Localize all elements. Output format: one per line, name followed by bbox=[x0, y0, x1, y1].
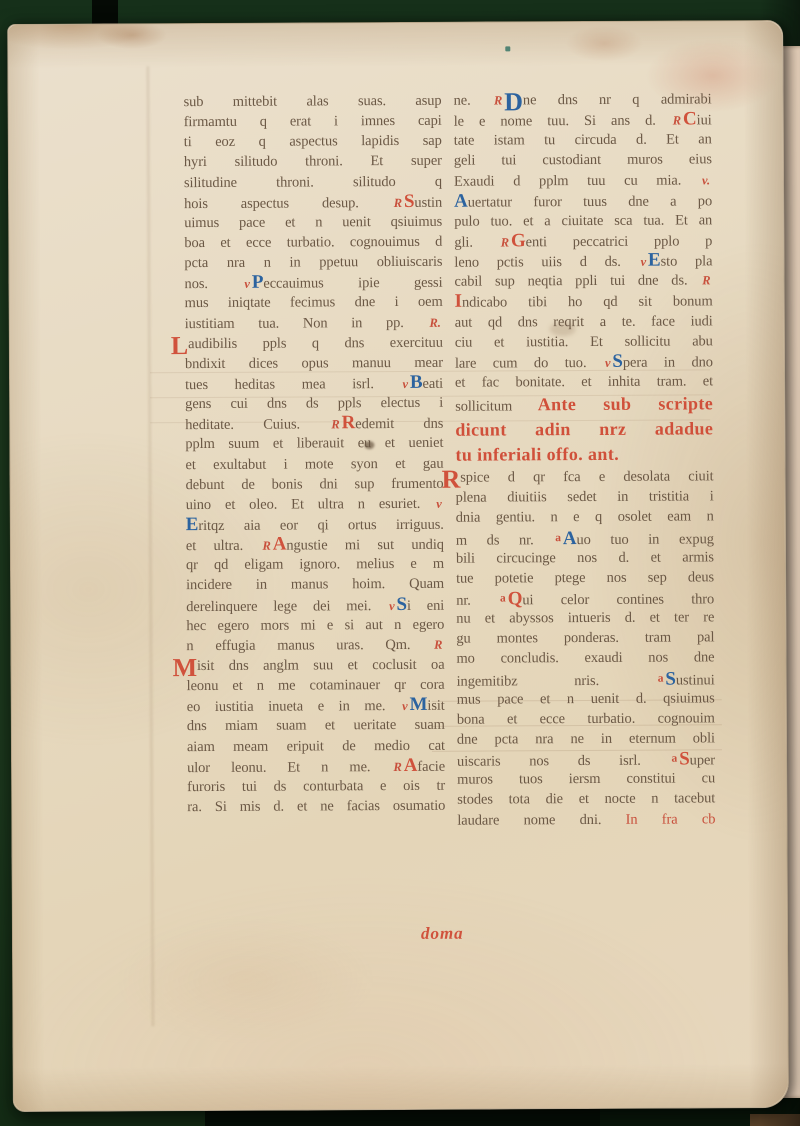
illuminated-initial: E bbox=[186, 514, 199, 535]
text-segment: tate istam tu circuda d. Et an bbox=[454, 132, 712, 149]
text-segment: uper bbox=[690, 752, 715, 768]
responsory-mark: v bbox=[387, 599, 397, 613]
text-segment: aut qd dns reqrit a te. face iudi bbox=[455, 313, 713, 330]
text-segment: et ultra. bbox=[186, 538, 261, 554]
text-line: aut qd dns reqrit a te. face iudi bbox=[455, 311, 713, 332]
text-line: tu inferiali offo. ant. bbox=[455, 441, 713, 467]
text-segment: leonu et n me cotaminauer qr cora bbox=[187, 677, 445, 694]
text-line: ra. Si mis d. et ne facias osumatio bbox=[187, 796, 445, 817]
text-line: le e nome tuu. Si ans d. RCiui bbox=[454, 109, 712, 130]
rubric-text: tu inferiali offo. ant. bbox=[455, 444, 619, 465]
text-segment: plena diuitiis sedet in tristitia i bbox=[456, 489, 714, 506]
text-segment: edemit dns bbox=[355, 416, 443, 432]
text-segment: hyri silitudo throni. Et super bbox=[184, 153, 442, 170]
text-segment: ulor leonu. Et n me. bbox=[187, 759, 392, 776]
text-segment: ne. bbox=[454, 93, 492, 109]
text-line: leno pctis uiis d ds. vEsto pla bbox=[454, 250, 712, 271]
text-line: mo concludis. exaudi nos dne bbox=[456, 648, 714, 669]
text-line: ingemitibz nris. aSustinui bbox=[457, 668, 715, 689]
text-segment: spice d qr fca e desolata ciuit bbox=[460, 468, 713, 485]
text-segment: isit bbox=[427, 698, 444, 714]
text-segment: In fra cb bbox=[626, 811, 716, 827]
responsory-mark: R bbox=[700, 274, 712, 288]
text-line: mus iniqtate fecimus dne i oem bbox=[185, 292, 443, 313]
text-line: mus pace et n uenit d. qsiuimus bbox=[457, 688, 715, 709]
text-segment: mus iniqtate fecimus dne i oem bbox=[185, 294, 443, 311]
text-segment: enti peccatrici pplo p bbox=[526, 233, 713, 250]
illuminated-initial: E bbox=[648, 250, 661, 271]
text-segment: le e nome tuu. Si ans d. bbox=[454, 113, 671, 130]
text-line: Misit dns anglm suu et coclusit oa bbox=[186, 655, 444, 676]
text-line: sollicitum Ante sub scripte bbox=[455, 391, 713, 417]
illuminated-initial: Q bbox=[508, 588, 523, 609]
text-line: pplm suum et liberauit eu et ueniet bbox=[185, 433, 443, 454]
text-line: dnia gentiu. n e q osolet eam n bbox=[456, 507, 714, 528]
text-segment: n effugia manus uras. Qm. bbox=[186, 637, 432, 654]
text-segment: Exaudi d pplm tuu cu mia. bbox=[454, 172, 700, 189]
text-segment: incidere in manus hoim. Quam bbox=[186, 576, 444, 593]
text-segment: firmamtu q erat i imnes capi bbox=[184, 113, 442, 130]
illuminated-initial: M bbox=[409, 694, 427, 715]
text-line: gens cui dns ds ppls electus i bbox=[185, 393, 443, 414]
text-segment: facie bbox=[417, 758, 445, 774]
text-line: gli. RGenti peccatrici pplo p bbox=[454, 230, 712, 251]
text-line: dne pcta nra ne in eternum obli bbox=[457, 728, 715, 749]
text-segment: ngustie mi sut undiq bbox=[286, 537, 444, 554]
text-line: Exaudi d pplm tuu cu mia. v. bbox=[454, 170, 712, 191]
text-line: tues heditas mea isrl. vBeati bbox=[185, 373, 443, 394]
responsory-mark: R bbox=[492, 93, 504, 107]
text-segment: ndicabo tibi ho qd sit bonum bbox=[462, 294, 713, 311]
text-segment: ritqz aia eor qi ortus irriguus. bbox=[198, 517, 444, 534]
text-line: debunt de bonis dni sup frumento bbox=[186, 473, 444, 494]
text-line: furoris tui ds conturbata e ois tr bbox=[187, 776, 445, 797]
text-segment: ciu et iustitia. Et sollicitu abu bbox=[455, 333, 713, 350]
text-segment: eati bbox=[422, 376, 443, 392]
text-segment: sollicitum bbox=[455, 398, 538, 414]
parchment-crease bbox=[146, 66, 154, 1026]
text-segment: derelinquere lege dei mei. bbox=[186, 598, 387, 615]
text-line: iustitiam tua. Non in pp. R. bbox=[185, 312, 443, 333]
text-line: Auertatur furor tuus dne a po bbox=[454, 190, 712, 211]
text-line: leonu et n me cotaminauer qr cora bbox=[187, 675, 445, 696]
responsory-mark: R bbox=[671, 114, 683, 128]
text-line: ciu et iustitia. Et sollicitu abu bbox=[455, 331, 713, 352]
text-segment: gli. bbox=[454, 234, 498, 250]
responsory-mark: R bbox=[391, 760, 403, 774]
text-line: firmamtu q erat i imnes capi bbox=[184, 111, 442, 132]
illuminated-initial: C bbox=[683, 109, 697, 130]
text-line: uiscaris nos ds isrl. aSuper bbox=[457, 748, 715, 769]
text-segment: ui celor contines thro bbox=[522, 591, 714, 608]
text-segment: geli tui custodiant muros eius bbox=[454, 152, 712, 169]
text-segment: m ds nr. bbox=[456, 532, 553, 549]
text-segment: hec egero mors mi e si aut n egero bbox=[186, 616, 444, 633]
responsory-mark: v bbox=[434, 497, 444, 511]
text-line: et ultra. RAngustie mi sut undiq bbox=[186, 534, 444, 555]
text-column-right: ne. RDne dns nr q admirabile e nome tuu.… bbox=[454, 89, 716, 830]
illuminated-initial: A bbox=[404, 755, 418, 776]
text-line: et fac bonitate. et inhita tram. et bbox=[455, 371, 713, 392]
text-segment: pera in dno bbox=[623, 354, 713, 370]
text-segment: ra. Si mis d. et ne facias osumatio bbox=[187, 798, 445, 815]
text-segment: ustin bbox=[414, 194, 442, 210]
responsory-mark: R bbox=[432, 638, 444, 652]
text-segment: tue potetie ptege nos sep deus bbox=[456, 569, 714, 586]
responsory-mark: v bbox=[400, 699, 410, 713]
text-segment: heditate. Cuius. bbox=[185, 417, 329, 434]
text-line: muros tuos iersm constitui cu bbox=[457, 769, 715, 790]
text-line: dicunt adin nrz adadue bbox=[455, 416, 713, 442]
text-line: pulo tuo. et a ciuitate sca tua. Et an bbox=[454, 210, 712, 231]
text-line: bili circucinge nos d. et armis bbox=[456, 547, 714, 568]
text-segment: et exultabut i mote syon et gau bbox=[185, 455, 443, 472]
text-line: qr qd eligam ignoro. melius e m bbox=[186, 554, 444, 575]
text-segment: cabil sup neqtia ppli tui dne ds. bbox=[454, 273, 700, 290]
illuminated-initial: A bbox=[454, 190, 468, 211]
text-line: hec egero mors mi e si aut n egero bbox=[186, 614, 444, 635]
text-line: Rspice d qr fca e desolata ciuit bbox=[455, 466, 713, 487]
manuscript-photo: { "artifact": "medieval manuscript folio… bbox=[0, 0, 800, 1126]
responsory-mark: v bbox=[242, 277, 252, 291]
text-line: Indicabo tibi ho qd sit bonum bbox=[455, 291, 713, 312]
text-segment: iustitiam tua. Non in pp. bbox=[185, 314, 428, 331]
text-line: Laudibilis ppls q dns exercituu bbox=[185, 332, 443, 353]
text-line: stodes tota die et nocte n tacebut bbox=[457, 789, 715, 810]
responsory-mark: R. bbox=[427, 315, 442, 329]
responsory-mark: v. bbox=[700, 173, 712, 187]
text-segment: gu montes ponderas. tram pal bbox=[456, 630, 714, 647]
illuminated-initial: P bbox=[252, 272, 264, 293]
responsory-mark: v bbox=[400, 377, 410, 391]
text-segment: nr. bbox=[456, 592, 498, 608]
illuminated-initial: S bbox=[404, 191, 415, 212]
text-segment: dns miam suam et ueritate suam bbox=[187, 717, 445, 734]
text-segment: silitudine throni. silitudo q bbox=[184, 173, 442, 190]
text-segment: hois aspectus desup. bbox=[184, 195, 392, 212]
catchword: doma bbox=[421, 924, 464, 944]
text-segment: dne pcta nra ne in eternum obli bbox=[457, 730, 715, 747]
illuminated-initial: R bbox=[442, 475, 461, 485]
text-segment: stodes tota die et nocte n tacebut bbox=[457, 791, 715, 808]
antiphon-mark: a bbox=[669, 753, 679, 765]
text-line: ti eoz q aspectus lapidis sap bbox=[184, 131, 442, 152]
illuminated-initial: M bbox=[173, 663, 198, 673]
illuminated-initial: A bbox=[273, 534, 287, 555]
illuminated-initial: B bbox=[410, 372, 423, 393]
text-segment: uertatur furor tuus dne a po bbox=[468, 193, 712, 210]
text-line: bona et ecce turbatio. cognouim bbox=[457, 708, 715, 729]
text-line: n effugia manus uras. Qm. R bbox=[186, 635, 444, 656]
text-segment: sub mittebit alas suas. asup bbox=[184, 93, 442, 110]
text-segment: aiam meam eripuit de medio cat bbox=[187, 737, 445, 754]
text-line: ulor leonu. Et n me. RAfacie bbox=[187, 755, 445, 776]
text-segment: iui bbox=[697, 112, 712, 128]
illuminated-initial: S bbox=[665, 668, 676, 689]
text-line: incidere in manus hoim. Quam bbox=[186, 574, 444, 595]
text-line: pcta nra n in ppetuu obliuiscaris bbox=[184, 252, 442, 273]
text-line: dns miam suam et ueritate suam bbox=[187, 715, 445, 736]
text-segment: ingemitibz nris. bbox=[457, 672, 656, 689]
illuminated-initial: G bbox=[511, 230, 526, 251]
text-segment: sto pla bbox=[661, 253, 713, 269]
text-segment: uo tuo in expug bbox=[576, 531, 713, 548]
text-line: sub mittebit alas suas. asup bbox=[184, 91, 442, 112]
text-segment: debunt de bonis dni sup frumento bbox=[186, 475, 444, 492]
text-segment: gens cui dns ds ppls electus i bbox=[185, 395, 443, 412]
text-segment: dnia gentiu. n e q osolet eam n bbox=[456, 509, 714, 526]
text-line: nu et abyssos intueris d. et ter re bbox=[456, 607, 714, 628]
text-segment: muros tuos iersm constitui cu bbox=[457, 771, 715, 788]
text-segment: ne dns nr q admirabi bbox=[523, 91, 712, 108]
text-line: Eritqz aia eor qi ortus irriguus. bbox=[186, 514, 444, 535]
text-segment: uiscaris nos ds isrl. bbox=[457, 753, 670, 770]
text-line: et exultabut i mote syon et gau bbox=[185, 453, 443, 474]
text-line: cabil sup neqtia ppli tui dne ds. R bbox=[454, 271, 712, 292]
text-segment: audibilis ppls q dns exercituu bbox=[188, 334, 443, 351]
text-segment: isit dns anglm suu et coclusit oa bbox=[197, 657, 445, 674]
text-segment: nu et abyssos intueris d. et ter re bbox=[456, 609, 714, 626]
text-segment: pcta nra n in ppetuu obliuiscaris bbox=[184, 254, 442, 271]
text-segment: ti eoz q aspectus lapidis sap bbox=[184, 133, 442, 150]
text-segment: eccauimus ipie gessi bbox=[263, 275, 442, 292]
illuminated-initial: R bbox=[342, 412, 356, 433]
illuminated-initial: L bbox=[171, 341, 188, 351]
text-line: boa et ecce turbatio. cognouimus d bbox=[184, 232, 442, 253]
text-segment: ustinui bbox=[676, 672, 715, 688]
text-segment: pulo tuo. et a ciuitate sca tua. Et an bbox=[454, 212, 712, 229]
text-line: geli tui custodiant muros eius bbox=[454, 150, 712, 171]
text-segment: boa et ecce turbatio. cognouimus d bbox=[184, 234, 442, 251]
text-segment: lare cum do tuo. bbox=[455, 355, 603, 372]
rubric-text: Ante sub scripte bbox=[538, 393, 714, 414]
text-line: nr. aQui celor contines thro bbox=[456, 587, 714, 608]
text-line: heditate. Cuius. RRedemit dns bbox=[185, 413, 443, 434]
text-column-left: sub mittebit alas suas. asupfirmamtu q e… bbox=[184, 91, 446, 817]
illuminated-initial: A bbox=[563, 528, 577, 549]
text-line: nos. vPeccauimus ipie gessi bbox=[184, 272, 442, 293]
text-segment: eo iustitia inueta e in me. bbox=[187, 698, 400, 715]
illuminated-initial: S bbox=[612, 351, 623, 372]
text-line: aiam meam eripuit de medio cat bbox=[187, 735, 445, 756]
illuminated-initial: S bbox=[396, 593, 407, 614]
text-segment: i eni bbox=[407, 597, 444, 613]
responsory-mark: R bbox=[329, 418, 341, 432]
text-segment: uimus pace et n uenit qsiuimus bbox=[184, 214, 442, 231]
text-line: tue potetie ptege nos sep deus bbox=[456, 567, 714, 588]
text-line: uino et oleo. Et ultra n esuriet. v bbox=[186, 494, 444, 515]
text-line: tate istam tu circuda d. Et an bbox=[454, 130, 712, 151]
antiphon-mark: a bbox=[553, 532, 563, 544]
text-segment: bndixit dices opus manuu mear bbox=[185, 355, 443, 372]
text-line: gu montes ponderas. tram pal bbox=[456, 628, 714, 649]
text-line: eo iustitia inueta e in me. vMisit bbox=[187, 695, 445, 716]
text-segment: pplm suum et liberauit eu et ueniet bbox=[185, 435, 443, 452]
text-line: plena diuitiis sedet in tristitia i bbox=[456, 487, 714, 508]
text-segment: bona et ecce turbatio. cognouim bbox=[457, 710, 715, 727]
rubric-text: dicunt adin nrz adadue bbox=[455, 418, 713, 439]
antiphon-mark: a bbox=[498, 592, 508, 604]
text-segment: furoris tui ds conturbata e ois tr bbox=[187, 778, 445, 795]
text-segment: mo concludis. exaudi nos dne bbox=[456, 650, 714, 667]
text-line: bndixit dices opus manuu mear bbox=[185, 353, 443, 374]
text-segment: laudare nome dni. bbox=[457, 811, 625, 828]
ink-speck bbox=[505, 46, 510, 51]
text-line: hois aspectus desup. RSustin bbox=[184, 191, 442, 212]
text-line: laudare nome dni. In fra cb bbox=[457, 809, 715, 830]
text-line: lare cum do tuo. vSpera in dno bbox=[455, 351, 713, 372]
responsory-mark: v bbox=[639, 255, 649, 269]
text-line: hyri silitudo throni. Et super bbox=[184, 151, 442, 172]
text-line: m ds nr. aAuo tuo in expug bbox=[456, 527, 714, 548]
antiphon-mark: a bbox=[656, 672, 666, 684]
text-line: ne. RDne dns nr q admirabi bbox=[454, 89, 712, 110]
text-segment: tues heditas mea isrl. bbox=[185, 376, 401, 393]
responsory-mark: R bbox=[260, 539, 272, 553]
text-segment: mus pace et n uenit d. qsiuimus bbox=[457, 690, 715, 707]
text-segment: bili circucinge nos d. et armis bbox=[456, 549, 714, 566]
text-segment: nos. bbox=[184, 276, 242, 292]
responsory-mark: R bbox=[392, 196, 404, 210]
responsory-mark: R bbox=[499, 235, 511, 249]
illuminated-initial: S bbox=[679, 749, 690, 770]
illuminated-initial: D bbox=[504, 97, 523, 107]
text-segment: leno pctis uiis d ds. bbox=[454, 254, 638, 271]
text-line: uimus pace et n uenit qsiuimus bbox=[184, 212, 442, 233]
text-line: silitudine throni. silitudo q bbox=[184, 171, 442, 192]
text-segment: uino et oleo. Et ultra n esuriet. bbox=[186, 496, 435, 513]
text-segment: et fac bonitate. et inhita tram. et bbox=[455, 373, 713, 390]
text-segment: qr qd eligam ignoro. melius e m bbox=[186, 556, 444, 573]
text-line: derelinquere lege dei mei. vSi eni bbox=[186, 594, 444, 615]
manuscript-page: sub mittebit alas suas. asupfirmamtu q e… bbox=[7, 20, 789, 1112]
binding-edge-strip bbox=[92, 0, 118, 26]
